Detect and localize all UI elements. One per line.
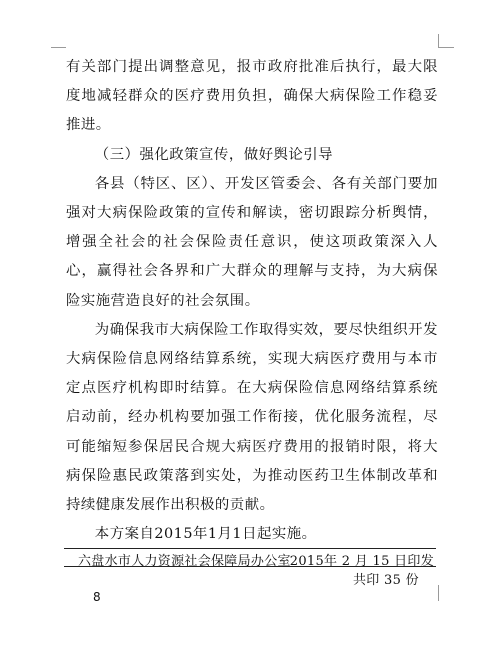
section-heading: （三）强化政策宣传，做好舆论引导 — [66, 141, 438, 170]
paragraph-publicity: 各县（特区、区）、开发区管委会、各有关部门要加强对大病保险政策的宣传和解读，密切… — [66, 170, 438, 316]
margin-corner-top-left — [51, 47, 66, 48]
page-number: 8 — [93, 590, 101, 604]
paragraph-effective-date: 本方案自2015年1月1日起实施。 — [66, 520, 438, 549]
footer-rule-top — [64, 548, 436, 549]
margin-mark-right — [438, 585, 439, 601]
document-body: 有关部门提出调整意见，报市政府批准后执行，最大限度地减轻群众的医疗费用负担，确保… — [66, 53, 438, 549]
print-copies: 共印 35 份 — [353, 569, 419, 588]
paragraph-continuation: 有关部门提出调整意见，报市政府批准后执行，最大限度地减轻群众的医疗费用负担，确保… — [66, 53, 438, 141]
margin-corner-top-right — [438, 34, 454, 48]
paragraph-settlement-system: 为确保我市大病保险工作取得实效，要尽快组织开发大病保险信息网络结算系统，实现大病… — [66, 316, 438, 520]
footer-rule-bottom — [64, 566, 436, 567]
